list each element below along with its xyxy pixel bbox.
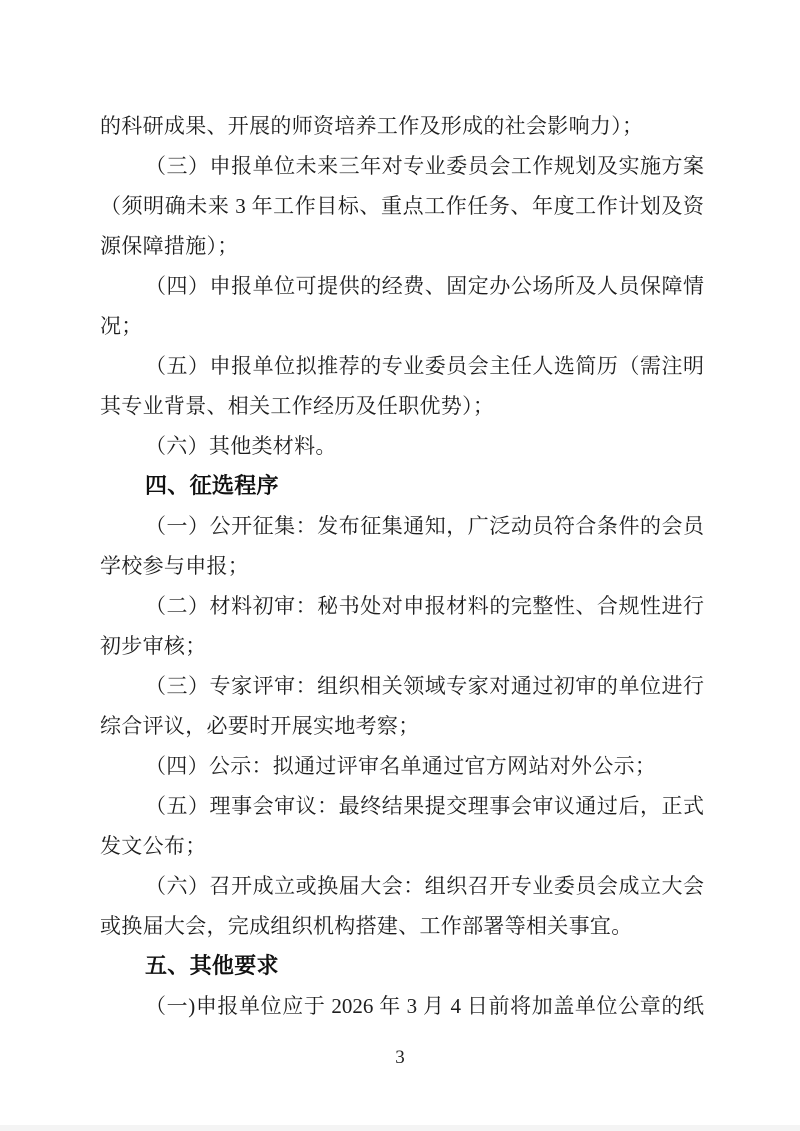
text-line: 的科研成果、开展的师资培养工作及形成的社会影响力）； bbox=[100, 106, 704, 146]
text-line: （三）申报单位未来三年对专业委员会工作规划及实施方案 bbox=[100, 146, 704, 186]
text-line: 或换届大会，完成组织机构搭建、工作部署等相关事宜。 bbox=[100, 906, 704, 946]
text-line: 其专业背景、相关工作经历及任职优势）； bbox=[100, 386, 704, 426]
text-line: （三）专家评审：组织相关领域专家对通过初审的单位进行 bbox=[100, 666, 704, 706]
text-line: 源保障措施）； bbox=[100, 226, 704, 266]
section-heading: 五、其他要求 bbox=[100, 946, 704, 986]
document-body: 的科研成果、开展的师资培养工作及形成的社会影响力）；（三）申报单位未来三年对专业… bbox=[100, 106, 704, 1026]
text-line: （一）公开征集：发布征集通知，广泛动员符合条件的会员 bbox=[100, 506, 704, 546]
text-line: （四）申报单位可提供的经费、固定办公场所及人员保障情 bbox=[100, 266, 704, 306]
text-line: （四）公示：拟通过评审名单通过官方网站对外公示； bbox=[100, 746, 704, 786]
page-number: 3 bbox=[0, 1038, 800, 1078]
text-line: 发文公布； bbox=[100, 826, 704, 866]
text-line: （五）理事会审议：最终结果提交理事会审议通过后，正式 bbox=[100, 786, 704, 826]
text-line: 况； bbox=[100, 306, 704, 346]
text-line: （二）材料初审：秘书处对申报材料的完整性、合规性进行 bbox=[100, 586, 704, 626]
document-page: 的科研成果、开展的师资培养工作及形成的社会影响力）；（三）申报单位未来三年对专业… bbox=[0, 0, 800, 1131]
text-line: 学校参与申报； bbox=[100, 546, 704, 586]
text-line: （五）申报单位拟推荐的专业委员会主任人选简历（需注明 bbox=[100, 346, 704, 386]
text-line: （一)申报单位应于 2026 年 3 月 4 日前将加盖单位公章的纸 bbox=[100, 986, 704, 1026]
section-heading: 四、征选程序 bbox=[100, 466, 704, 506]
text-line: 综合评议，必要时开展实地考察； bbox=[100, 706, 704, 746]
text-line: （六）其他类材料。 bbox=[100, 426, 704, 466]
text-line: （须明确未来 3 年工作目标、重点工作任务、年度工作计划及资 bbox=[100, 186, 704, 226]
scan-edge-artifact bbox=[0, 1125, 800, 1131]
text-line: 初步审核； bbox=[100, 626, 704, 666]
text-line: （六）召开成立或换届大会：组织召开专业委员会成立大会 bbox=[100, 866, 704, 906]
